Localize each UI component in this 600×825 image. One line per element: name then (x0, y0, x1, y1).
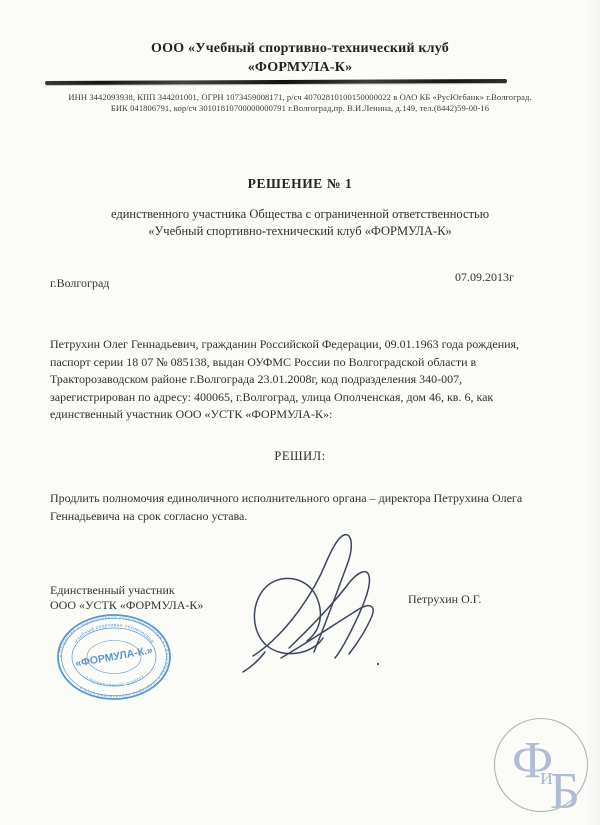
watermark-letter-b: Б (550, 763, 580, 820)
participant-paragraph-line: паспорт серии 18 07 № 085138, выдан ОУФМ… (50, 354, 560, 372)
participant-paragraph-line: зарегистрирован по адресу: 400065, г.Вол… (50, 389, 560, 407)
document-date: 07.09.2013г (455, 270, 514, 285)
letterhead-requisites-line2: БИК 041806791, кор/сч 301018107000000007… (0, 103, 600, 115)
stamp-center-text: «ФОРМУЛА-К.» (74, 644, 153, 669)
participant-paragraph-line: Тракторозаводском районе г.Волгограда 23… (50, 371, 560, 389)
participant-paragraph-line: единственный участник ООО «УСТК «ФОРМУЛА… (50, 406, 560, 424)
letterhead-requisites-line1: ИНН 3442093938, КПП 344201001, ОГРН 1073… (0, 92, 600, 104)
document-subtitle-line1: единственного участника Общества с огран… (0, 206, 600, 223)
document-place: г.Волгоград (50, 276, 109, 291)
resolution-paragraph: Продлить полномочия единоличного исполни… (50, 490, 560, 525)
participant-paragraph: Петрухин Олег Геннадьевич, гражданин Рос… (50, 336, 560, 424)
resolved-heading: РЕШИЛ: (0, 449, 600, 464)
participant-paragraph-line: Петрухин Олег Геннадьевич, гражданин Рос… (50, 336, 560, 354)
company-stamp: • Общество с ограниченной ответственност… (50, 607, 178, 707)
letterhead-org-line1: ООО «Учебный спортивно-технический клуб (0, 40, 600, 58)
letterhead-divider-rule (45, 79, 507, 85)
signatory-name: Петрухин О.Г. (408, 592, 481, 607)
resolution-paragraph-line: Продлить полномочия единоличного исполни… (50, 490, 560, 508)
document-title: РЕШЕНИЕ № 1 (0, 176, 600, 192)
scanned-document-page: ООО «Учебный спортивно-технический клуб … (0, 0, 600, 825)
handwritten-signature (235, 526, 395, 674)
signatory-role-line1: Единственный участник (50, 583, 175, 598)
letterhead-org-line2: «ФОРМУЛА-К» (0, 59, 600, 77)
watermark-logo: Ф и Б (488, 712, 596, 820)
resolution-paragraph-line: Геннадьевича на срок согласно устава. (50, 508, 560, 526)
document-subtitle-line2: «Учебный спортивно-технический клуб «ФОР… (0, 223, 600, 240)
